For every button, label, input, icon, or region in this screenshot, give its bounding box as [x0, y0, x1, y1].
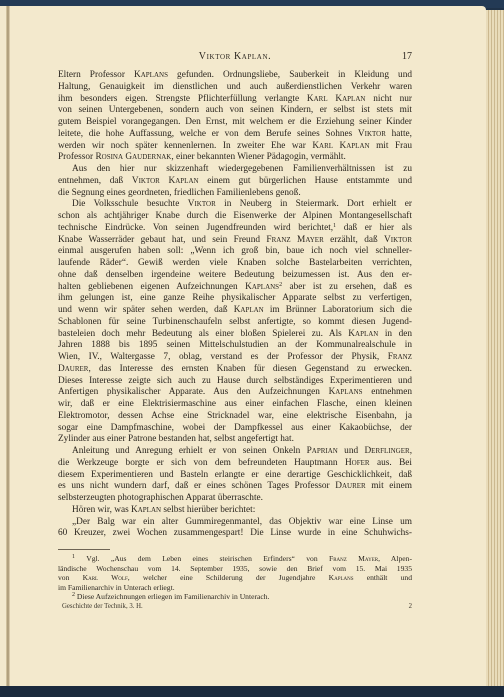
person-name: Karl Kaplan [307, 94, 366, 104]
text-run: 60 Kreuzer, zwei Wochen zusammengespart!… [58, 528, 412, 538]
footnote-line: ländische Wochenschau vom 14. September … [58, 564, 412, 574]
text-run: von seinen Untergebenen, sondern auch vo… [58, 105, 412, 115]
person-name: Karl Wolf [83, 573, 128, 582]
text-run: Professor [58, 152, 95, 162]
text-run: entnehmen [363, 387, 412, 397]
body-line: Dieses Interesse zeigte sich auch zu Hau… [58, 376, 412, 388]
person-name: Karl Kaplan [312, 141, 369, 151]
person-name: Viktor [358, 129, 386, 139]
body-line: Elektromotor, dessen Achse eine Strickna… [58, 411, 412, 423]
body-line: basteleien doch mehr Bedeutung als einer… [58, 329, 412, 341]
person-name: Kaplans [329, 573, 354, 582]
person-name: Daurer [335, 481, 365, 491]
text-run: im Familienarchiv in Unterach erliegt. [58, 583, 175, 592]
text-run: in den [378, 329, 412, 339]
running-head-title: Viktor Kaplan. [58, 51, 412, 62]
person-name: Kaplan [131, 505, 161, 515]
text-run: Aus den hier nur skizzenhaft wiedergegeb… [72, 164, 412, 174]
person-name: Paprian [307, 446, 338, 456]
person-name: Franz [388, 352, 412, 362]
text-run: und wenn wir später sehen werden, daß [58, 305, 234, 315]
text-run: es uns nicht wundern darf, daß er eines … [58, 481, 335, 491]
body-line: Eltern Professor Kaplans gefunden. Ordnu… [58, 70, 412, 82]
text-run: selbsterzeugten photographischen Apparat… [58, 493, 263, 503]
body-line: gutem Beispiel vorangegangen. Den Ernst,… [58, 117, 412, 129]
body-line: halten gebliebenen eigenen Aufzeichnunge… [58, 282, 412, 294]
footnotes: 1 Vgl. „Aus dem Leben eines steirischen … [58, 554, 412, 602]
text-run: die Werkzeuge borgte er sich von dem bef… [58, 458, 345, 468]
text-run: von [58, 573, 83, 582]
text-run: entnehmen, daß [58, 176, 132, 186]
body-line: schon als achtjähriger Knabe durch die E… [58, 211, 412, 223]
person-name: Viktor [384, 235, 412, 245]
text-run: einem gut bürgerlichen Hause entstammte … [199, 176, 412, 186]
text-run: gutem Beispiel vorangegangen. Den Ernst,… [58, 117, 412, 127]
text-run: , das Interesse des ernsten Knaben für d… [88, 364, 412, 374]
text-run: Anfertigen physikalischer Apparate. Aus … [58, 387, 329, 397]
text-run: aus. Bei [370, 458, 412, 468]
text-run: erzählt, daß [324, 235, 384, 245]
page-gutter [6, 6, 10, 688]
text-run: diesem Experimentieren und Basteln erlan… [58, 470, 412, 480]
body-line: entnehmen, daß Viktor Kaplan einem gut b… [58, 176, 412, 188]
person-name: Franz Mayer [266, 235, 323, 245]
text-run: , einer bekannten Wiener Pädagogin, verm… [171, 152, 345, 162]
text-run: selbst hierüber berichtet: [161, 505, 255, 515]
footnote-line: 2 Diese Aufzeichnungen erliegen im Famil… [58, 592, 412, 602]
printer-signature: Geschichte der Technik, 3. H. 2 [62, 603, 412, 610]
body-line: und wenn wir später sehen werden, daß Ka… [58, 305, 412, 317]
text-run: Jahren 1888 bis 1895 seinen Mittelschuls… [58, 340, 412, 350]
text-run: aber ist zu ersehen, daß es [282, 282, 412, 292]
text-run: Vgl. „Aus dem Leben eines steirischen Er… [75, 554, 329, 563]
text-run: sogar eine Dampfmaschine, wobei der Damp… [58, 423, 412, 433]
running-head: Viktor Kaplan. 17 [58, 51, 412, 65]
text-run: Wien, IV., Waltergasse 7, oblag, verstan… [58, 352, 388, 362]
text-run: , welcher eine Schilderung der Jugendjah… [128, 573, 329, 582]
body-line: es uns nicht wundern darf, daß er eines … [58, 481, 412, 493]
text-run: einmal ausgerufen haben soll: „Wenn ich … [58, 246, 412, 256]
body-line: die Werkzeuge borgte er sich von dem bef… [58, 458, 412, 470]
body-line: Schablonen für seine Turbinenschaufeln s… [58, 317, 412, 329]
text-run: Eltern Professor [58, 70, 134, 80]
body-line: selbsterzeugten photographischen Apparat… [58, 493, 412, 505]
body-line: laufende Räder“. Gewiß werden viele Knab… [58, 258, 412, 270]
book-cover-bottom [0, 686, 504, 697]
text-run: Anleitung und Anregung erhielt er von se… [72, 446, 307, 456]
text-run: laufende Räder“. Gewiß werden viele Knab… [58, 258, 412, 268]
body-text: Eltern Professor Kaplans gefunden. Ordnu… [58, 70, 412, 540]
footnote-rule [58, 549, 110, 550]
text-run: Dieses Interesse zeigte sich auch zu Hau… [58, 376, 412, 386]
body-line: Zylinder aus einer Patrone bestanden hat… [58, 434, 412, 446]
body-line: Daurer, das Interesse des ernsten Knaben… [58, 364, 412, 376]
person-name: Rosina Gaudernak [95, 152, 171, 162]
person-name: Hofer [345, 458, 370, 468]
text-run: technische Eindrücke. Von seinen Jugendf… [58, 223, 333, 233]
body-line: leitete, die hohe Auffassung, welche er … [58, 129, 412, 141]
body-line: Aus den hier nur skizzenhaft wiedergegeb… [58, 164, 412, 176]
text-run: „Der Balg war ein alter Gummiregenmantel… [72, 517, 412, 527]
text-run: mit Frau [370, 141, 412, 151]
body-line: wir, daß er eine Elektrisiermaschine aus… [58, 399, 412, 411]
text-run: halten gebliebenen eigenen Aufzeichnunge… [58, 282, 245, 292]
body-line: ohne daß denselben irgendeine weitere Be… [58, 270, 412, 282]
person-name: Kaplans [245, 282, 279, 292]
text-run: Knabe Wasserräder gebaut hat, und sein F… [58, 235, 266, 245]
body-line: von seinen Untergebenen, sondern auch vo… [58, 105, 412, 117]
body-line: die Segnung eines geordneten, friedliche… [58, 188, 412, 200]
person-name: Derflinger [364, 446, 409, 456]
text-run: ihm besonders eigen. Strengste Pflichter… [58, 94, 307, 104]
text-run: Zylinder aus einer Patrone bestanden hat… [58, 434, 294, 444]
body-line: werden wir noch später kennenlernen. In … [58, 141, 412, 153]
text-run: ihm gelungen ist, eine ganze Reihe physi… [58, 293, 412, 303]
text-run: basteleien doch mehr Bedeutung als einer… [58, 329, 348, 339]
text-run: in Neuberg in Steiermark. Dort erhielt e… [216, 199, 412, 209]
body-line: diesem Experimentieren und Basteln erlan… [58, 470, 412, 482]
text-run: hatte, [386, 129, 412, 139]
footnote-line: im Familienarchiv in Unterach erliegt. [58, 583, 412, 593]
body-line: 60 Kreuzer, zwei Wochen zusammengespart!… [58, 528, 412, 540]
text-run: Schablonen für seine Turbinenschaufeln s… [58, 317, 412, 327]
text-run: nicht nur [365, 94, 412, 104]
person-name: Kaplan [348, 329, 378, 339]
text-run: die Segnung eines geordneten, friedliche… [58, 188, 301, 198]
body-line: ihm besonders eigen. Strengste Pflichter… [58, 94, 412, 106]
page-edges [486, 10, 504, 686]
text-run: Die Volksschule besuchte [72, 199, 188, 209]
signature-label: Geschichte der Technik, 3. H. [62, 603, 143, 610]
person-name: Viktor Kaplan [132, 176, 199, 186]
person-name: Viktor [188, 199, 216, 209]
person-name: Kaplans [329, 387, 363, 397]
text-run: schon als achtjähriger Knabe durch die E… [58, 211, 412, 221]
text-run: daß er hier als [336, 223, 412, 233]
text-run: gefunden. Ordnungsliebe, Sauberkeit in K… [168, 70, 412, 80]
page-number: 17 [402, 51, 412, 62]
body-line: Hören wir, was Kaplan selbst hierüber be… [58, 505, 412, 517]
text-run: im Brünner Laboratorium sich die [264, 305, 412, 315]
body-line: einmal ausgerufen haben soll: „Wenn ich … [58, 246, 412, 258]
text-run: Diese Aufzeichnungen erliegen im Familie… [75, 592, 269, 601]
text-run: Haltung, Genauigkeit im dienstlichen und… [58, 82, 412, 92]
text-run: leitete, die hohe Auffassung, welche er … [58, 129, 358, 139]
person-name: Kaplans [134, 70, 168, 80]
body-line: Knabe Wasserräder gebaut hat, und sein F… [58, 235, 412, 247]
person-name: Kaplan [234, 305, 264, 315]
text-run: ohne daß denselben irgendeine weitere Be… [58, 270, 412, 280]
text-run: , Alpen- [378, 554, 412, 563]
body-line: Anleitung und Anregung erhielt er von se… [58, 446, 412, 458]
footnote-line: von Karl Wolf, welcher eine Schilderung … [58, 573, 412, 583]
body-line: Jahren 1888 bis 1895 seinen Mittelschuls… [58, 340, 412, 352]
text-run: Elektromotor, dessen Achse eine Strickna… [58, 411, 412, 421]
body-line: Haltung, Genauigkeit im dienstlichen und… [58, 82, 412, 94]
person-name: Daurer [58, 364, 88, 374]
body-line: Die Volksschule besuchte Viktor in Neube… [58, 199, 412, 211]
body-line: sogar eine Dampfmaschine, wobei der Damp… [58, 423, 412, 435]
text-run: enthält und [354, 573, 412, 582]
signature-number: 2 [409, 603, 412, 610]
text-run: und [338, 446, 365, 456]
text-run: wir, daß er eine Elektrisiermaschine aus… [58, 399, 412, 409]
footnote-line: 1 Vgl. „Aus dem Leben eines steirischen … [58, 554, 412, 564]
body-line: Anfertigen physikalischer Apparate. Aus … [58, 387, 412, 399]
person-name: Franz Mayer [329, 554, 378, 563]
body-line: „Der Balg war ein alter Gummiregenmantel… [58, 517, 412, 529]
body-line: ihm gelungen ist, eine ganze Reihe physi… [58, 293, 412, 305]
text-run: , [410, 446, 412, 456]
text-run: Hören wir, was [72, 505, 131, 515]
text-run: ländische Wochenschau vom 14. September … [58, 564, 412, 573]
text-run: werden wir noch später kennenlernen. In … [58, 141, 312, 151]
body-line: Professor Rosina Gaudernak, einer bekann… [58, 152, 412, 164]
body-line: Wien, IV., Waltergasse 7, oblag, verstan… [58, 352, 412, 364]
text-run: mit einem [366, 481, 412, 491]
body-line: technische Eindrücke. Von seinen Jugendf… [58, 223, 412, 235]
